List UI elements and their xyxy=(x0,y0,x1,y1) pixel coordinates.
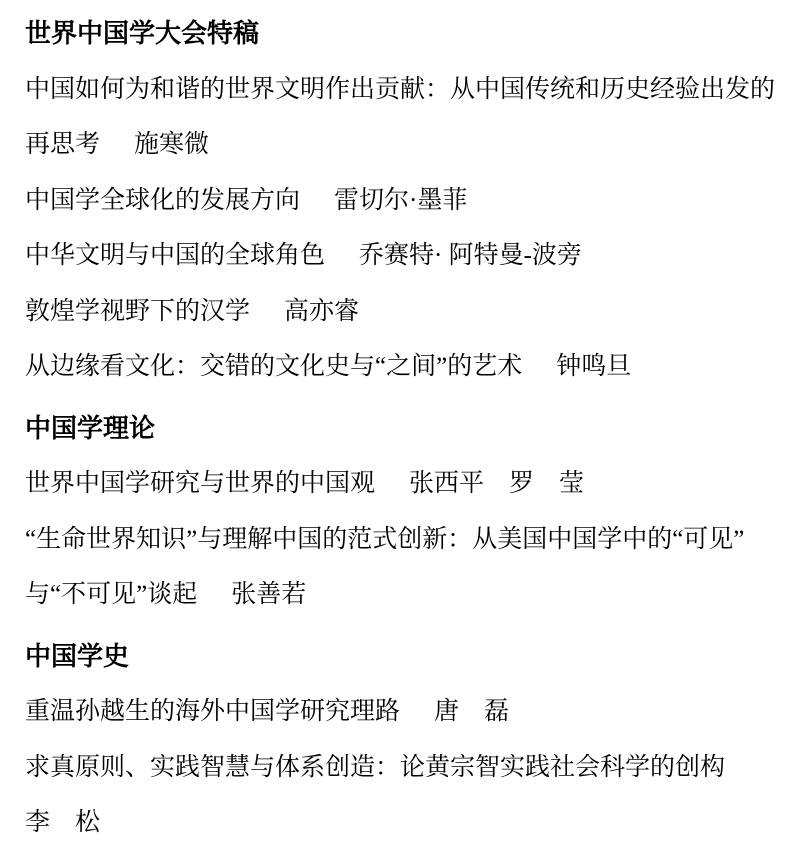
author-name: 乔赛特· 阿特曼-波旁 xyxy=(359,242,582,269)
author-name: 张善若 xyxy=(231,581,306,608)
article-title: 重温孙越生的海外中国学研究理路 xyxy=(25,698,400,725)
toc-line: 与“不可见”谈起张善若 xyxy=(25,567,779,623)
article-title: 敦煌学视野下的汉学 xyxy=(25,298,250,325)
toc-line: 中国如何为和谐的世界文明作出贡献：从中国传统和历史经验出发的 xyxy=(25,62,779,118)
article-title: 从边缘看文化：交错的文化史与“之间”的艺术 xyxy=(25,353,522,380)
toc-line: 重温孙越生的海外中国学研究理路唐 磊 xyxy=(25,684,779,740)
toc-line: 中华文明与中国的全球角色乔赛特· 阿特曼-波旁 xyxy=(25,228,779,284)
toc-line: 敦煌学视野下的汉学高亦睿 xyxy=(25,284,779,340)
article-title: 再思考 xyxy=(25,131,100,158)
toc-line: 世界中国学研究与世界的中国观张西平 罗 莹 xyxy=(25,456,779,512)
section-heading: 中国学史 xyxy=(25,629,779,685)
author-name: 唐 磊 xyxy=(434,698,509,725)
toc-line: 求真原则、实践智慧与体系创造：论黄宗智实践社会科学的创构 xyxy=(25,740,779,796)
article-title: 求真原则、实践智慧与体系创造：论黄宗智实践社会科学的创构 xyxy=(25,754,725,781)
toc-line: 中国学全球化的发展方向雷切尔·墨菲 xyxy=(25,173,779,229)
author-name: 李 松 xyxy=(25,809,100,836)
toc-line: 再思考施寒微 xyxy=(25,117,779,173)
section-heading: 世界中国学大会特稿 xyxy=(25,6,779,62)
author-name: 张西平 罗 莹 xyxy=(409,470,584,497)
toc-line: “生命世界知识”与理解中国的范式创新：从美国中国学中的“可见” xyxy=(25,512,779,568)
section-heading-text: 中国学史 xyxy=(25,642,129,671)
author-name: 钟鸣旦 xyxy=(556,353,631,380)
article-title: 中华文明与中国的全球角色 xyxy=(25,242,325,269)
section-heading-text: 中国学理论 xyxy=(25,414,155,443)
article-title: 与“不可见”谈起 xyxy=(25,581,197,608)
article-title: 世界中国学研究与世界的中国观 xyxy=(25,470,375,497)
article-title: “生命世界知识”与理解中国的范式创新：从美国中国学中的“可见” xyxy=(25,526,744,553)
article-title: 中国如何为和谐的世界文明作出贡献：从中国传统和历史经验出发的 xyxy=(25,76,775,103)
author-name: 雷切尔·墨菲 xyxy=(334,187,467,214)
section-heading: 中国学理论 xyxy=(25,401,779,457)
author-name: 施寒微 xyxy=(134,131,209,158)
article-title: 中国学全球化的发展方向 xyxy=(25,187,300,214)
toc-line: 李 松 xyxy=(25,795,779,850)
section-heading-text: 世界中国学大会特稿 xyxy=(25,19,259,48)
toc-line: 从边缘看文化：交错的文化史与“之间”的艺术钟鸣旦 xyxy=(25,339,779,395)
journal-toc-page: 世界中国学大会特稿 中国如何为和谐的世界文明作出贡献：从中国传统和历史经验出发的… xyxy=(0,0,799,850)
author-name: 高亦睿 xyxy=(284,298,359,325)
